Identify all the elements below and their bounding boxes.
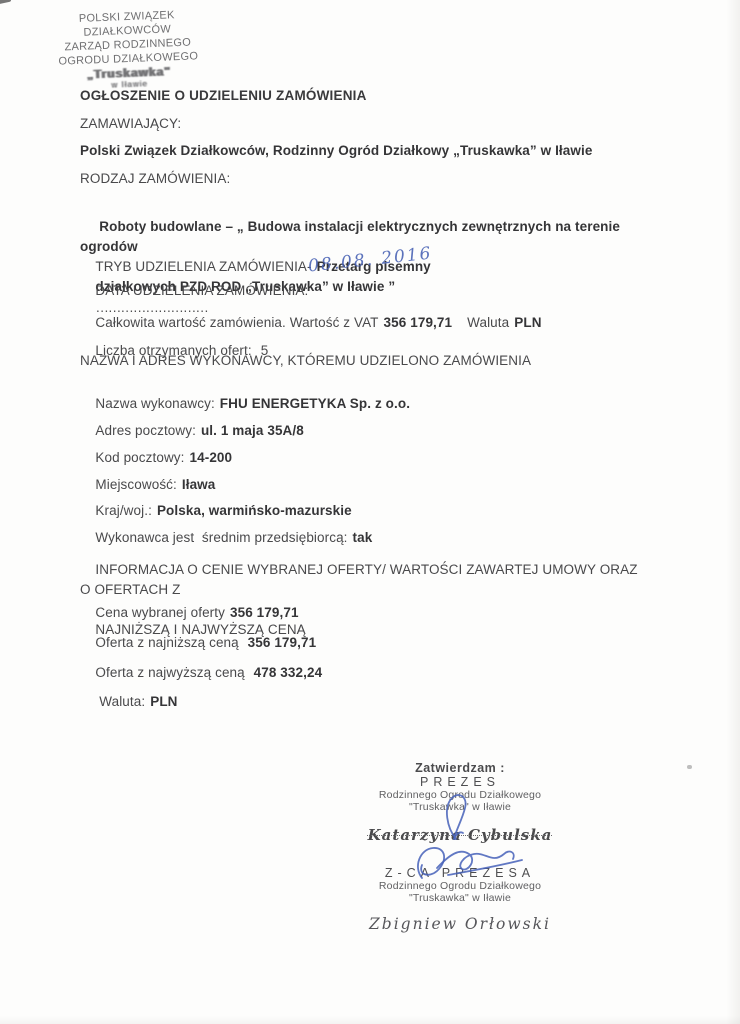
field-waluta: Waluta:PLN [80, 676, 665, 727]
org-line: Rodzinnego Ogrodu Działkowego [358, 789, 562, 801]
scan-artifact [687, 765, 692, 769]
scan-edge-shadow-right [726, 0, 740, 1024]
org-line: "Truskawka" w Iławie [358, 801, 562, 813]
scan-edge-shadow-bottom [0, 1016, 740, 1024]
signature-block-vice: Z-CA PREZESA Rodzinnego Ogrodu Działkowe… [352, 866, 568, 933]
field-zamawiajacy-value: Polski Związek Działkowców, Rodzinny Ogr… [80, 142, 665, 159]
signer-name-vice: Zbigniew Orłowski [352, 915, 568, 933]
signature-block-prezes: Zatwierdzam : PREZES Rodzinnego Ogrodu D… [358, 762, 562, 844]
scan-corner-artifact [0, 0, 11, 4]
data-label: DATA UDZIELENIA ZAMÓWIENIA: [95, 283, 308, 298]
approve-label: Zatwierdzam : [358, 762, 562, 775]
section-heading-wykonawca: NAZWA I ADRES WYKONAWCY, KTÓREMU UDZIELO… [80, 352, 665, 369]
field-rodzaj-label: RODZAJ ZAMÓWIENIA: [80, 170, 665, 187]
scanned-document-page: POLSKI ZWIĄZEK DZIAŁKOWCÓW ZARZĄD RODZIN… [0, 0, 740, 1024]
waluta-value: PLN [150, 694, 177, 709]
waluta-label: Waluta: [95, 694, 145, 709]
org-stamp: POLSKI ZWIĄZEK DZIAŁKOWCÓW ZARZĄD RODZIN… [41, 7, 216, 93]
org-line: "Truskawka" w Iławie [352, 892, 568, 904]
signer-name-prezes: Katarzyna Cybulska [358, 826, 562, 844]
role-prezes: PREZES [358, 775, 562, 789]
document-title: OGŁOSZENIE O UDZIELENIU ZAMÓWIENIA [80, 87, 665, 104]
field-zamawiajacy-label: ZAMAWIAJĄCY: [80, 115, 665, 132]
org-line: Rodzinnego Ogrodu Działkowego [352, 880, 568, 892]
role-z-ca-prezesa: Z-CA PREZESA [352, 866, 568, 880]
